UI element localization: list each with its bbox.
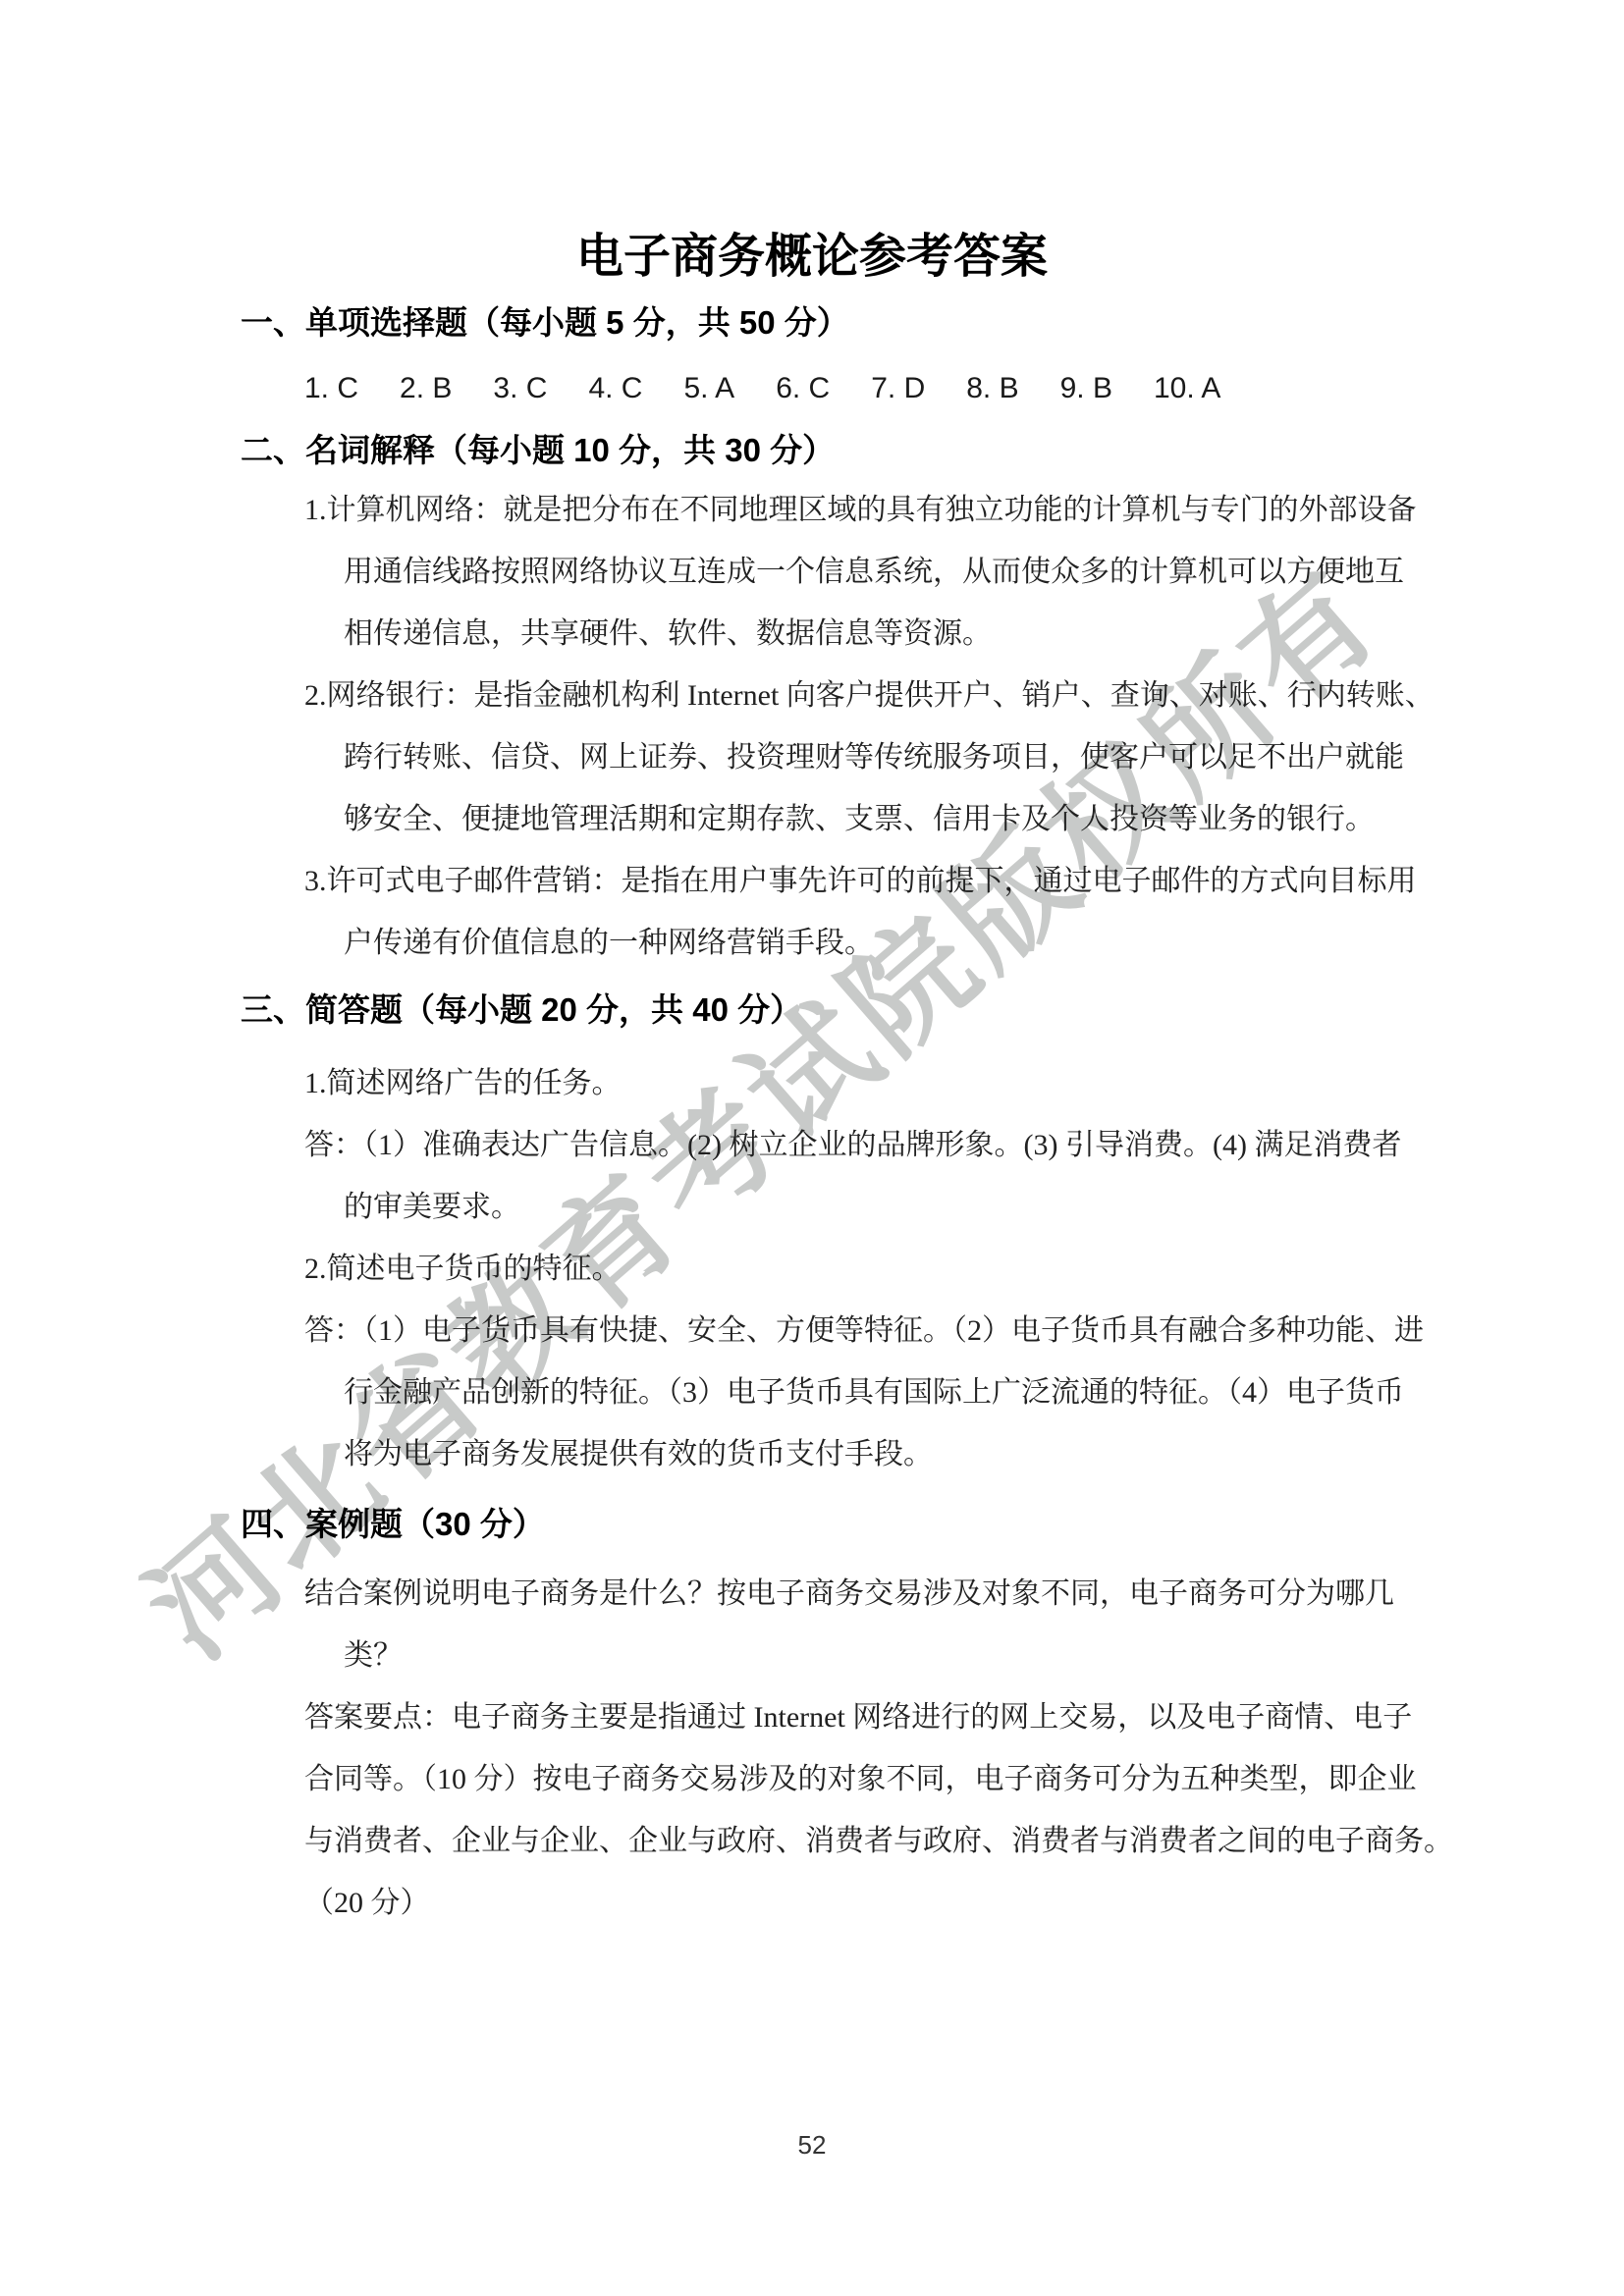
answer-item-7: 7. D (871, 370, 925, 407)
case-line: （20 分） (304, 1885, 430, 1922)
section-heading-terms: 二、名词解释（每小题 10 分，共 30 分） (241, 430, 835, 470)
answer-item-1: 1. C (304, 370, 358, 407)
answer-item-10: 10. A (1154, 370, 1220, 407)
case-line: 结合案例说明电子商务是什么？按电子商务交易涉及对象不同，电子商务可分为哪几 (304, 1575, 1381, 1613)
answer-item-8: 8. B (966, 370, 1018, 407)
short-answer-line: 将为电子商务发展提供有效的货币支付手段。 (344, 1436, 933, 1473)
short-answer-line: 的审美要求。 (344, 1189, 520, 1226)
short-answer-line: 答：（1）准确表达广告信息。(2) 树立企业的品牌形象。(3) 引导消费。(4)… (304, 1127, 1381, 1164)
definition-line: 户传递有价值信息的一种网络营销手段。 (344, 925, 874, 962)
answer-item-6: 6. C (776, 370, 830, 407)
answer-item-3: 3. C (493, 370, 547, 407)
short-answer-line: 答：（1）电子货币具有快捷、安全、方便等特征。（2）电子货币具有融合多种功能、进 (304, 1312, 1381, 1350)
page-number: 52 (0, 2130, 1624, 2161)
page-title: 电子商务概论参考答案 (0, 218, 1624, 286)
definition-line: 3.许可式电子邮件营销：是指在用户事先许可的前提下，通过电子邮件的方式向目标用 (304, 863, 1381, 900)
definition-line: 跨行转账、信贷、网上证券、投资理财等传统服务项目，使客户可以足不出户就能 (344, 739, 1381, 776)
short-answer-line: 行金融产品创新的特征。（3）电子货币具有国际上广泛流通的特征。（4）电子货币 (344, 1374, 1381, 1412)
definition-line: 用通信线路按照网络协议互连成一个信息系统，从而使众多的计算机可以方便地互 (344, 554, 1381, 591)
definition-line: 相传递信息，共享硬件、软件、数据信息等资源。 (344, 615, 992, 653)
document-page: 河北省教育考试院版权所有 电子商务概论参考答案 一、单项选择题（每小题 5 分，… (0, 0, 1624, 2296)
case-line: 答案要点：电子商务主要是指通过 Internet 网络进行的网上交易，以及电子商… (304, 1699, 1381, 1736)
answer-item-4: 4. C (588, 370, 642, 407)
section-heading-short-answer: 三、简答题（每小题 20 分，共 40 分） (241, 989, 802, 1030)
section-heading-case: 四、案例题（30 分） (241, 1504, 545, 1544)
definition-line: 1.计算机网络：就是把分布在不同地理区域的具有独立功能的计算机与专门的外部设备 (304, 492, 1381, 529)
answer-item-2: 2. B (400, 370, 452, 407)
case-line: 合同等。（10 分）按电子商务交易涉及的对象不同，电子商务可分为五种类型，即企业 (304, 1761, 1381, 1798)
answer-item-9: 9. B (1060, 370, 1112, 407)
short-answer-line: 2.简述电子货币的特征。 (304, 1251, 622, 1288)
definition-line: 2.网络银行：是指金融机构利 Internet 向客户提供开户、销户、查询、对账… (304, 677, 1381, 715)
answer-key-row: 1. C 2. B 3. C 4. C 5. A 6. C 7. D 8. B … (304, 370, 1220, 407)
case-line: 与消费者、企业与企业、企业与政府、消费者与政府、消费者与消费者之间的电子商务。 (304, 1823, 1453, 1860)
answer-item-5: 5. A (683, 370, 734, 407)
short-answer-line: 1.简述网络广告的任务。 (304, 1065, 622, 1102)
definition-line: 够安全、便捷地管理活期和定期存款、支票、信用卡及个人投资等业务的银行。 (344, 801, 1375, 838)
case-line: 类？ (344, 1637, 403, 1675)
section-heading-choice: 一、单项选择题（每小题 5 分，共 50 分） (241, 302, 849, 343)
